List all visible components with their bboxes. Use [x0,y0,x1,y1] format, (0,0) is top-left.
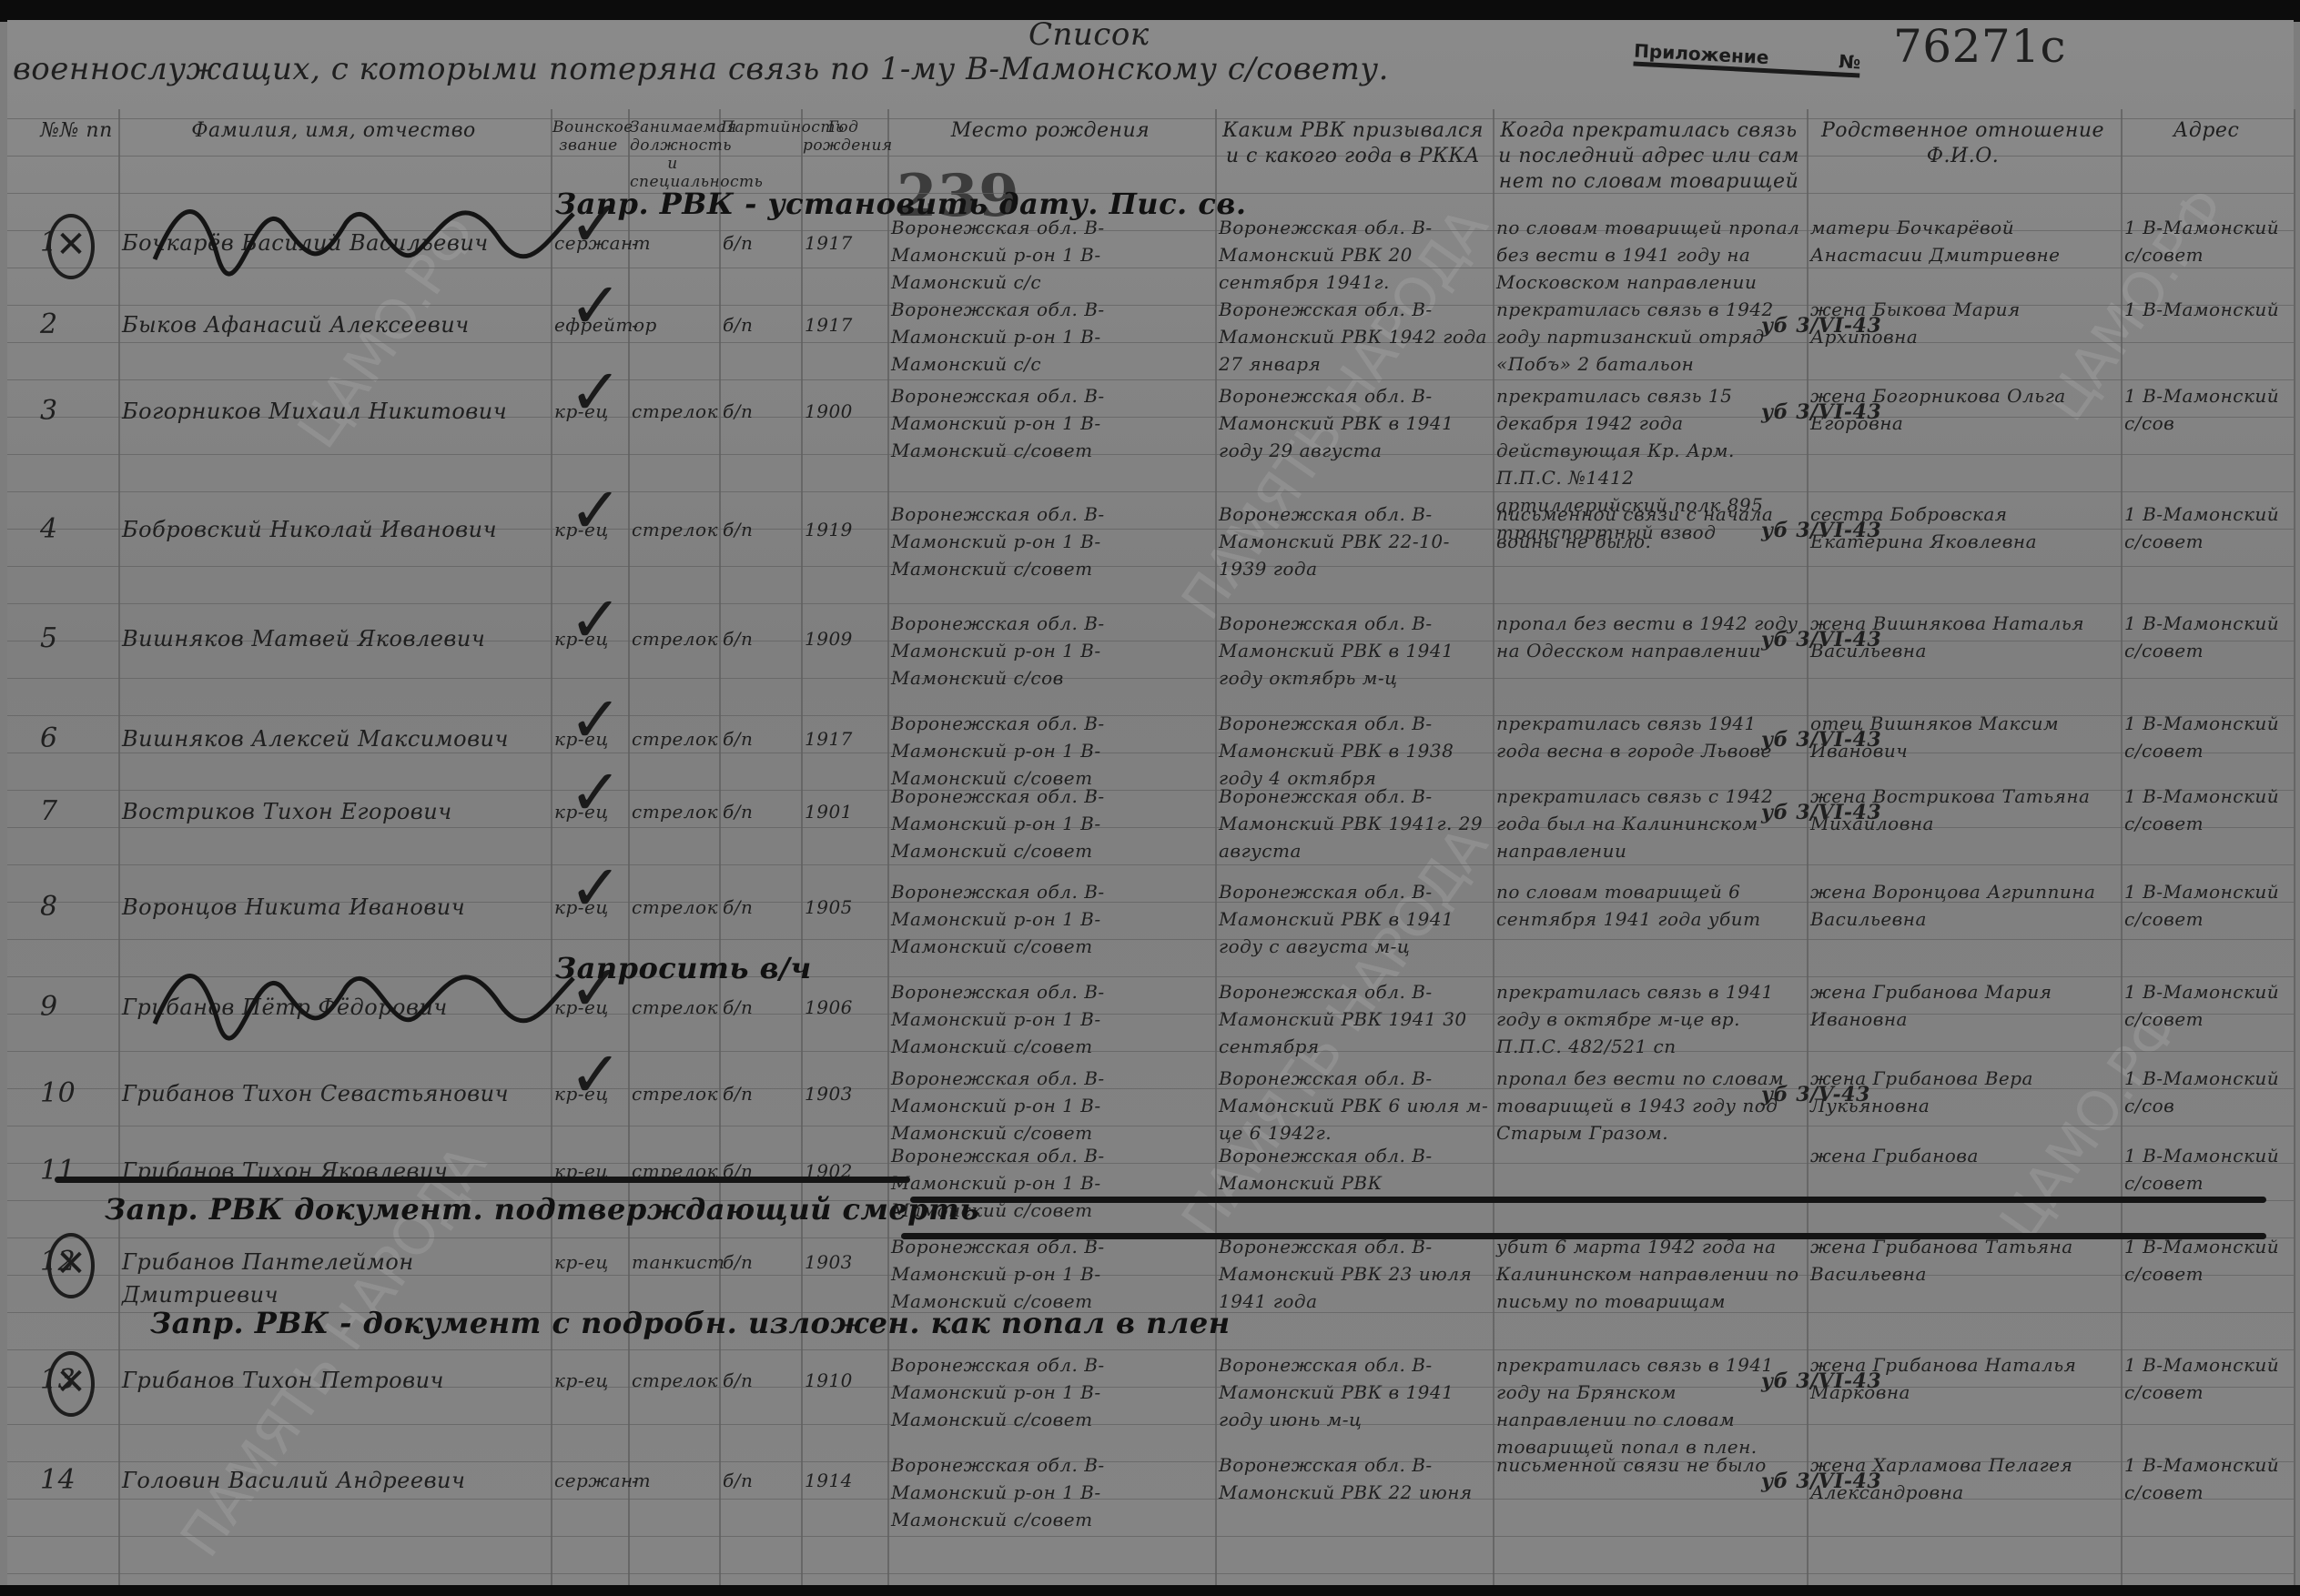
cell-birthplace: Воронежская обл. В-Мамонский р-он 1 В-Ма… [891,610,1213,692]
column-header: №№ пп [38,118,115,144]
cell-no: 8 [40,891,117,924]
cell-address: 1 В-Мамонский с/совет [2124,1351,2292,1406]
check-mark-icon: ✓ [569,1037,623,1112]
document-title: Список [1028,16,1150,53]
review-mark: уб 3/VI-43 [1761,628,1881,652]
scan-border-top [0,0,2300,22]
cell-lost: прекратилась связь в 1941 году в октябре… [1496,978,1805,1060]
review-mark: уб 3/VI-43 [1761,801,1881,824]
cell-address: 1 В-Мамонский с/совет [2124,978,2292,1033]
cell-address: 1 В-Мамонский [2124,296,2292,323]
cell-birthplace: Воронежская обл. В-Мамонский р-он 1 В-Ма… [891,978,1213,1060]
document-subtitle: военнослужащих, с которыми потеряна связ… [13,51,1389,87]
cell-no: 9 [40,991,117,1024]
cell-rvk: Воронежская обл. В-Мамонский РВК 1941г. … [1219,783,1491,864]
cell-address: 1 В-Мамонский с/совет [2124,500,2292,555]
ruled-line [7,1349,2294,1350]
circled-x-icon: ✕ [47,214,95,279]
cell-name: Востриков Тихон Егорович [122,795,549,828]
cell-name: Вишняков Матвей Яковлевич [122,622,549,655]
scan-border-bottom [0,1585,2300,1596]
cell-lost: пропал без вести по словам товарищей в 1… [1496,1065,1805,1146]
cell-relative: жена Воронцова Агриппина Васильевна [1810,878,2119,933]
cell-year: 1917 [805,227,886,259]
column-divider [551,109,552,1588]
cell-name: Головин Василий Андреевич [122,1464,549,1497]
archive-document-page: ЦАМО.РФ ПАМЯТЬ НАРОДА ЦАМО.РФ ПАМЯТЬ НАР… [0,0,2300,1596]
column-header: Занимаемая должность и специальность [630,118,715,191]
cell-name: Богорников Михаил Никитович [122,395,549,428]
cell-relative: жена Грибанова Татьяна Васильевна [1810,1233,2119,1288]
cell-birthplace: Воронежская обл. В-Мамонский р-он 1 В-Ма… [891,710,1213,792]
cell-birthplace: Воронежская обл. В-Мамонский р-он 1 В-Ма… [891,500,1213,582]
cell-party: б/п [723,622,799,655]
cell-address: 1 В-Мамонский с/совет [2124,1451,2292,1506]
check-mark-icon: ✓ [569,682,623,757]
column-divider [887,109,889,1588]
review-mark: уб 3/VI-43 [1761,519,1881,542]
cell-lost: по словам товарищей пропал без вести в 1… [1496,214,1805,296]
cell-birthplace: Воронежская обл. В-Мамонский р-он 1 В-Ма… [891,1451,1213,1533]
cell-position: - [632,1464,717,1497]
cell-rvk: Воронежская обл. В-Мамонский РВК [1219,1142,1491,1197]
ruled-line [7,603,2294,604]
column-header: Родственное отношение Ф.И.О. [1809,118,2117,169]
cell-party: б/п [723,395,799,428]
cell-year: 1903 [805,1077,886,1110]
cell-name: Вишняков Алексей Максимович [122,722,549,755]
cell-no: 7 [40,795,117,828]
review-mark: уб 3/VI-43 [1761,400,1881,424]
cell-name: Бобровский Николай Иванович [122,513,549,546]
cell-rank: сержант [554,1464,626,1497]
cell-year: 1919 [805,513,886,546]
review-mark: уб 3/VI-43 [1761,1369,1881,1393]
scribble-strikethrough [155,969,664,1042]
cell-birthplace: Воронежская обл. В-Мамонский р-он 1 В-Ма… [891,783,1213,864]
archive-number: 76271с [1893,20,2066,73]
ruled-line [7,379,2294,380]
cell-year: 1909 [805,622,886,655]
cell-rvk: Воронежская обл. В-Мамонский РВК 6 июля … [1219,1065,1491,1146]
cell-address: 1 В-Мамонский с/совет [2124,710,2292,764]
reviewer-annotation: Запр. РВК документ. подтверждающий смерт… [105,1192,979,1227]
column-header: Когда прекратилась связь и последний адр… [1494,118,1803,195]
cell-no: 3 [40,395,117,428]
cell-rank: кр-ец [554,1246,626,1278]
cell-lost: прекратилась связь с 1942 года был на Ка… [1496,783,1805,864]
cell-rvk: Воронежская обл. В-Мамонский РВК в 1941 … [1219,878,1491,960]
column-divider [118,109,120,1588]
strikethrough-line [55,1177,910,1183]
column-divider [1493,109,1494,1588]
cell-position: стрелок [632,1364,717,1397]
cell-rvk: Воронежская обл. В-Мамонский РВК 1942 го… [1219,296,1491,378]
check-mark-icon: ✓ [569,851,623,925]
cell-name: Грибанов Тихон Севастьянович [122,1077,549,1110]
cell-address: 1 В-Мамонский с/совет [2124,878,2292,933]
cell-year: 1900 [805,395,886,428]
check-mark-icon: ✓ [569,582,623,657]
cell-rvk: Воронежская обл. В-Мамонский РВК 1941 30… [1219,978,1491,1060]
check-mark-icon: ✓ [569,473,623,548]
cell-position: стрелок [632,1077,717,1110]
cell-year: 1903 [805,1246,886,1278]
review-mark: уб 3/VI-43 [1761,728,1881,752]
cell-year: 1917 [805,722,886,755]
cell-party: б/п [723,991,799,1024]
cell-address: 1 В-Мамонский с/совет [2124,1142,2292,1197]
column-header: Воинское звание [552,118,624,155]
cell-position: танкист [632,1246,717,1278]
cell-no: 4 [40,513,117,546]
cell-relative: жена Грибанова Мария Ивановна [1810,978,2119,1033]
cell-no: 6 [40,722,117,755]
review-mark: уб 3/VI-43 [1761,1470,1881,1493]
cell-relative: матери Бочкарёвой Анастасии Дмитриевне [1810,214,2119,268]
cell-lost: прекратилась связь 1941 года весна в гор… [1496,710,1805,764]
cell-year: 1901 [805,795,886,828]
check-mark-icon: ✓ [569,268,623,343]
cell-position: стрелок [632,722,717,755]
column-header: Фамилия, имя, отчество [120,118,547,144]
cell-address: 1 В-Мамонский с/совет [2124,783,2292,837]
cell-no: 10 [40,1077,117,1110]
cell-lost: письменной связи не было [1496,1451,1805,1479]
column-divider [2294,109,2295,1588]
cell-party: б/п [723,722,799,755]
column-divider [2121,109,2123,1588]
cell-address: 1 В-Мамонский с/совет [2124,610,2292,664]
cell-no: 14 [40,1464,117,1497]
cell-party: б/п [723,513,799,546]
column-divider [801,109,803,1588]
cell-birthplace: Воронежская обл. В-Мамонский р-он 1 В-Ма… [891,382,1213,464]
cell-position: стрелок [632,513,717,546]
cell-lost: по словам товарищей 6 сентября 1941 года… [1496,878,1805,933]
cell-position: - [632,308,717,341]
cell-name: Воронцов Никита Иванович [122,891,549,924]
cell-address: 1 В-Мамонский с/совет [2124,214,2292,268]
cell-rvk: Воронежская обл. В-Мамонский РВК 20 сент… [1219,214,1491,296]
cell-rvk: Воронежская обл. В-Мамонский РВК 23 июля… [1219,1233,1491,1315]
cell-lost: письменной связи с начала войны не было. [1496,500,1805,555]
cell-address: 1 В-Мамонский с/совет [2124,1233,2292,1288]
column-header: Партийность [721,118,797,136]
cell-position: стрелок [632,622,717,655]
cell-year: 1917 [805,308,886,341]
cell-position: стрелок [632,891,717,924]
cell-birthplace: Воронежская обл. В-Мамонский р-он 1 В-Ма… [891,878,1213,960]
cell-birthplace: Воронежская обл. В-Мамонский р-он 1 В-Ма… [891,214,1213,296]
cell-party: б/п [723,1077,799,1110]
cell-rvk: Воронежская обл. В-Мамонский РВК в 1941 … [1219,382,1491,464]
cell-relative: жена Грибанова [1810,1142,2119,1169]
column-divider [1215,109,1217,1588]
column-header: Год рождения [803,118,884,155]
cell-party: б/п [723,308,799,341]
column-header: Адрес [2123,118,2290,144]
cell-name: Грибанов Тихон Петрович [122,1364,549,1397]
circled-x-icon: ✕ [47,1233,95,1298]
ruled-line [7,864,2294,865]
cell-lost: пропал без вести в 1942 году на Одесском… [1496,610,1805,664]
appendix-number-sign: № [1839,50,1861,73]
ruled-line [7,1573,2294,1574]
review-mark: уб 3/VI-43 [1761,314,1881,338]
cell-rank: кр-ец [554,1364,626,1397]
cell-no: 5 [40,622,117,655]
cell-party: б/п [723,1246,799,1278]
cell-rvk: Воронежская обл. В-Мамонский РВК в 1941 … [1219,610,1491,692]
cell-rvk: Воронежская обл. В-Мамонский РВК в 1941 … [1219,1351,1491,1433]
cell-rvk: Воронежская обл. В-Мамонский РВК в 1938 … [1219,710,1491,792]
reviewer-annotation: Запр. РВК - документ с подробн. изложен.… [150,1306,1231,1340]
cell-year: 1910 [805,1364,886,1397]
review-mark: уб 3/V-43 [1761,1083,1870,1106]
cell-name: Грибанов Пантелеймон Дмитриевич [122,1246,549,1311]
cell-birthplace: Воронежская обл. В-Мамонский р-он 1 В-Ма… [891,296,1213,378]
cell-address: 1 В-Мамонский с/сов [2124,1065,2292,1119]
check-mark-icon: ✓ [569,755,623,830]
cell-address: 1 В-Мамонский с/сов [2124,382,2292,437]
circled-x-icon: ✕ [47,1351,95,1417]
cell-no: 2 [40,308,117,341]
cell-lost: убит 6 марта 1942 года на Калининском на… [1496,1233,1805,1315]
cell-position: стрелок [632,395,717,428]
cell-party: б/п [723,1464,799,1497]
cell-party: б/п [723,1364,799,1397]
cell-rvk: Воронежская обл. В-Мамонский РВК 22 июня [1219,1451,1491,1506]
check-mark-icon: ✓ [569,355,623,429]
cell-birthplace: Воронежская обл. В-Мамонский р-он 1 В-Ма… [891,1351,1213,1433]
cell-party: б/п [723,227,799,259]
cell-rvk: Воронежская обл. В-Мамонский РВК 22-10-1… [1219,500,1491,582]
cell-year: 1906 [805,991,886,1024]
cell-birthplace: Воронежская обл. В-Мамонский р-он 1 В-Ма… [891,1065,1213,1146]
ruled-line [7,491,2294,492]
cell-year: 1905 [805,891,886,924]
cell-party: б/п [723,795,799,828]
cell-lost: прекратилась связь в 1942 году партизанс… [1496,296,1805,378]
column-header: Каким РВК призывался и с какого года в Р… [1217,118,1489,169]
cell-party: б/п [723,891,799,924]
cell-name: Быков Афанасий Алексеевич [122,308,549,341]
column-header: Место рождения [889,118,1211,144]
cell-lost: прекратилась связь в 1941 году на Брянск… [1496,1351,1805,1460]
cell-year: 1914 [805,1464,886,1497]
strikethrough-line [910,1197,2266,1203]
column-divider [719,109,721,1588]
scribble-strikethrough [155,205,664,278]
cell-position: стрелок [632,795,717,828]
ruled-line [7,1536,2294,1537]
cell-birthplace: Воронежская обл. В-Мамонский р-он 1 В-Ма… [891,1233,1213,1315]
